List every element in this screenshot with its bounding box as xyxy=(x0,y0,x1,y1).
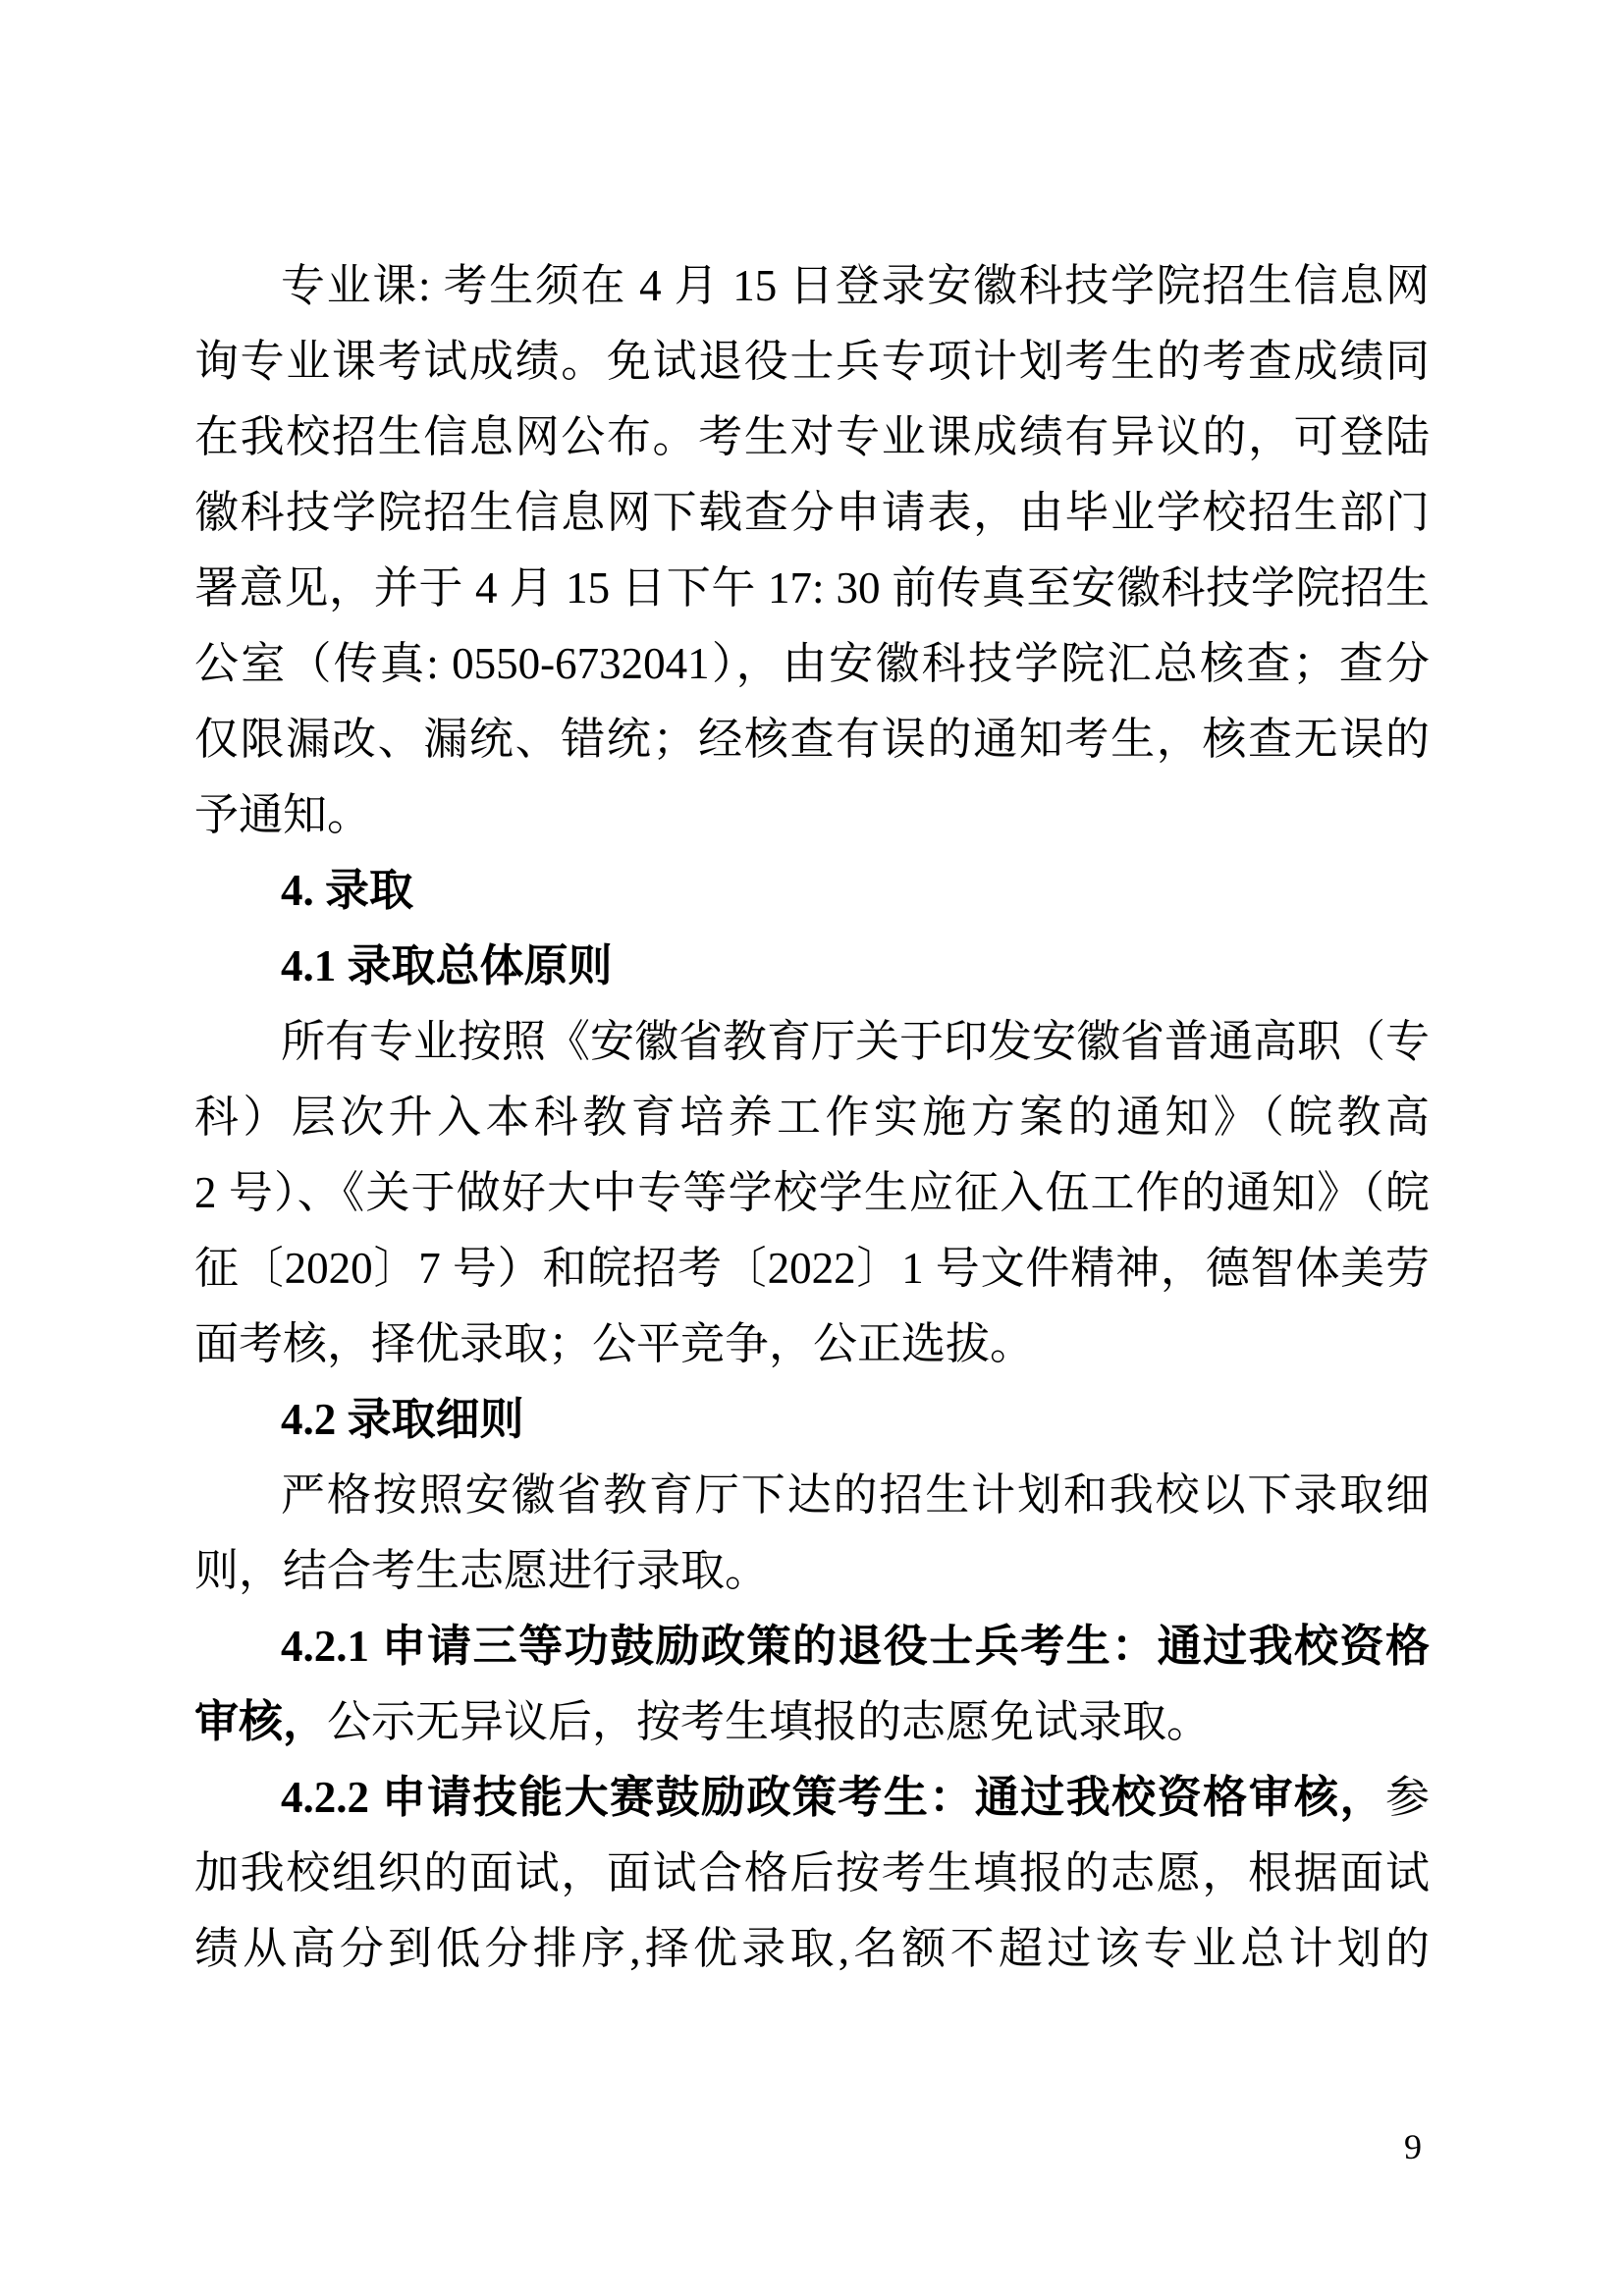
item-4-2-2-line3: 绩从高分到低分排序,择优录取,名额不超过该专业总计划的 10%。 xyxy=(194,1911,1430,1987)
heading-section-4-2: 4.2 录取细则 xyxy=(194,1382,1430,1458)
document-page: 专业课: 考生须在 4 月 15 日登录安徽科技学院招生信息网查 询专业课考试成… xyxy=(0,0,1624,2296)
para3-line2: 则，结合考生志愿进行录取。 xyxy=(194,1533,1430,1609)
document-body: 专业课: 考生须在 4 月 15 日登录安徽科技学院招生信息网查 询专业课考试成… xyxy=(194,248,1430,1987)
para1-line7: 仅限漏改、漏统、错统；经核查有误的通知考生，核查无误的不 xyxy=(194,702,1430,777)
para1-line4: 徽科技学院招生信息网下载查分申请表，由毕业学校招生部门签 xyxy=(194,475,1430,551)
para1-line8: 予通知。 xyxy=(194,777,1430,853)
heading-section-4-1: 4.1 录取总体原则 xyxy=(194,929,1430,1004)
para2-line1: 所有专业按照《安徽省教育厅关于印发安徽省普通高职（专 xyxy=(194,1004,1430,1080)
item-4-2-2-line2: 加我校组织的面试，面试合格后按考生填报的志愿，根据面试成 xyxy=(194,1836,1430,1911)
para1-line2: 询专业课考试成绩。免试退役士兵专项计划考生的考查成绩同步 xyxy=(194,324,1430,400)
para1-line5: 署意见，并于 4 月 15 日下午 17: 30 前传真至安徽科技学院招生办 xyxy=(194,551,1430,626)
para3-line1: 严格按照安徽省教育厅下达的招生计划和我校以下录取细 xyxy=(194,1458,1430,1533)
para2-line4: 征〔2020〕7 号）和皖招考〔2022〕1 号文件精神，德智体美劳全 xyxy=(194,1231,1430,1307)
item-4-2-1-line2-regular: 公示无异议后，按考生填报的志愿免试录取。 xyxy=(327,1697,1211,1746)
para2-line2: 科）层次升入本科教育培养工作实施方案的通知》（皖教高〔2020〕 xyxy=(194,1080,1430,1155)
para2-line5: 面考核，择优录取；公平竞争，公正选拔。 xyxy=(194,1307,1430,1382)
heading-section-4: 4. 录取 xyxy=(194,853,1430,929)
para1-line6: 公室（传真: 0550-6732041），由安徽科技学院汇总核查；查分 xyxy=(194,626,1430,702)
para1-line1: 专业课: 考生须在 4 月 15 日登录安徽科技学院招生信息网查 xyxy=(194,248,1430,324)
para1-line3: 在我校招生信息网公布。考生对专业课成绩有异议的，可登陆安 xyxy=(194,400,1430,475)
item-4-2-2-line1-regular: 参 xyxy=(1385,1773,1430,1822)
item-4-2-2-line1: 4.2.2 申请技能大赛鼓励政策考生：通过我校资格审核，参 xyxy=(194,1760,1430,1836)
para2-line3: 2 号）、《关于做好大中专等学校学生应征入伍工作的通知》（皖 xyxy=(194,1155,1430,1231)
item-4-2-1-line1: 4.2.1 申请三等功鼓励政策的退役士兵考生：通过我校资格 xyxy=(194,1609,1430,1684)
item-4-2-1-line2: 审核，公示无异议后，按考生填报的志愿免试录取。 xyxy=(194,1684,1430,1760)
page-number: 9 xyxy=(1404,2123,1422,2170)
